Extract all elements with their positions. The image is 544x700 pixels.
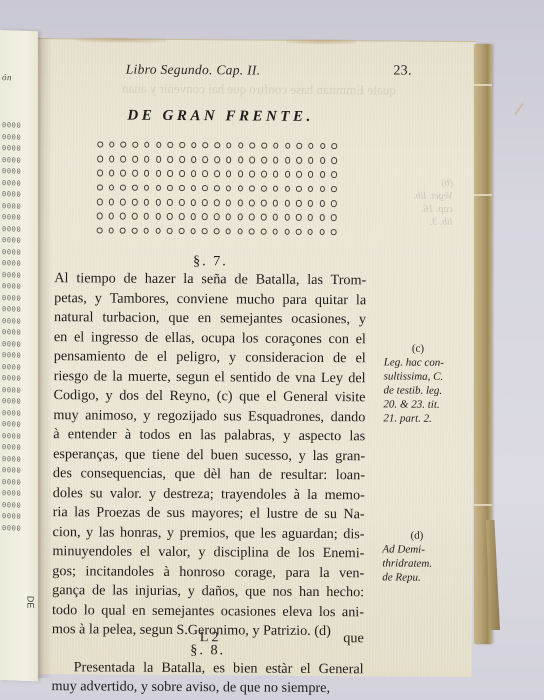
soldier-circle-icon bbox=[214, 199, 220, 206]
soldier-circle-icon bbox=[273, 143, 279, 150]
soldier-circle-icon bbox=[296, 143, 302, 150]
soldier-circle-icon bbox=[261, 200, 267, 207]
soldier-circle-icon bbox=[132, 184, 138, 191]
text-line: Codigo, y dos del Reyno, (c) que el Gene… bbox=[53, 386, 365, 408]
soldier-circle-icon bbox=[272, 228, 278, 235]
margin-note-c: (c) Leg. hac con-sultissima, C.de testib… bbox=[383, 341, 484, 426]
book-page: quale Emmitan hase conftro que hai conve… bbox=[32, 38, 476, 677]
text-line: muy advertido, y sobre aviso, de que no … bbox=[51, 677, 363, 699]
soldier-circle-icon bbox=[109, 170, 115, 177]
soldier-circle-icon bbox=[261, 214, 267, 221]
text-line: à entender à todos en las palabras, y as… bbox=[53, 425, 365, 447]
battle-formation-diagram bbox=[97, 137, 338, 239]
soldier-circle-icon bbox=[179, 213, 185, 220]
soldier-circle-icon bbox=[261, 157, 267, 164]
soldier-circle-icon bbox=[249, 157, 255, 164]
soldier-circle-icon bbox=[156, 170, 162, 177]
bleed-through-text: quale Emmitan hase conftro que hai conve… bbox=[66, 79, 396, 99]
foxing-stain bbox=[76, 37, 166, 43]
paragraph-8: Presentada la Batalla, es bien estàr el … bbox=[51, 658, 363, 699]
soldier-circle-icon bbox=[238, 171, 244, 178]
soldier-circle-icon bbox=[308, 171, 314, 178]
soldier-circle-icon bbox=[285, 143, 291, 150]
soldier-circle-icon bbox=[226, 185, 232, 192]
margin-note-ref: (d) bbox=[382, 528, 482, 543]
soldier-circle-icon bbox=[132, 170, 138, 177]
soldier-circle-icon bbox=[109, 184, 115, 191]
text-line: Presentada la Batalla, es bien estàr el … bbox=[52, 658, 364, 680]
soldier-circle-icon bbox=[237, 228, 243, 235]
running-head-title: Libro Segundo. Cap. II. bbox=[126, 62, 261, 78]
soldier-circle-icon bbox=[156, 185, 162, 192]
soldier-circle-icon bbox=[120, 184, 126, 191]
soldier-circle-icon bbox=[109, 141, 115, 148]
text-line: muy animoso, y regozijado sus Esquadrone… bbox=[53, 406, 365, 428]
soldier-circle-icon bbox=[144, 185, 150, 192]
soldier-circle-icon bbox=[144, 156, 150, 163]
soldier-circle-icon bbox=[319, 229, 325, 236]
soldier-circle-icon bbox=[319, 200, 325, 207]
soldier-circle-icon bbox=[109, 199, 115, 206]
left-page-formation-fragment: 0000 0000 0000 0000 0000 0000 0000 0000 … bbox=[2, 120, 36, 535]
soldier-circle-icon bbox=[97, 227, 103, 234]
soldier-circle-icon bbox=[214, 214, 220, 221]
section-mark-7: §. 7. bbox=[54, 251, 366, 271]
soldier-circle-icon bbox=[238, 142, 244, 149]
soldier-circle-icon bbox=[320, 171, 326, 178]
soldier-circle-icon bbox=[203, 156, 209, 163]
edge-crease bbox=[474, 194, 492, 196]
margin-note-line: de testib. leg. bbox=[383, 383, 483, 398]
left-page-number-fragment: DE bbox=[25, 596, 35, 609]
soldier-circle-icon bbox=[261, 228, 267, 235]
margin-note-line: 20. & 23. tit. bbox=[383, 397, 483, 412]
soldier-circle-icon bbox=[226, 171, 232, 178]
soldier-circle-icon bbox=[156, 142, 162, 149]
margin-note-line: thridratem. bbox=[382, 556, 482, 571]
margin-note-line: 21. part. 2. bbox=[383, 411, 483, 426]
soldier-circle-icon bbox=[97, 213, 103, 220]
soldier-circle-icon bbox=[191, 199, 197, 206]
soldier-circle-icon bbox=[155, 213, 161, 220]
soldier-circle-icon bbox=[285, 157, 291, 164]
soldier-circle-icon bbox=[308, 157, 314, 164]
soldier-circle-icon bbox=[179, 170, 185, 177]
soldier-circle-icon bbox=[226, 157, 232, 164]
soldier-circle-icon bbox=[97, 184, 103, 191]
soldier-circle-icon bbox=[120, 170, 126, 177]
soldier-circle-icon bbox=[226, 228, 232, 235]
soldier-circle-icon bbox=[273, 200, 279, 207]
soldier-circle-icon bbox=[202, 185, 208, 192]
soldier-circle-icon bbox=[285, 171, 291, 178]
margin-note-lines: Ad Demi-thridratem.de Repu. bbox=[382, 542, 482, 585]
text-line: en el ingresso de ellas, ocupa los coraç… bbox=[54, 328, 366, 350]
binding-thread bbox=[514, 103, 524, 116]
soldier-circle-icon bbox=[168, 142, 174, 149]
catchword: que bbox=[343, 630, 364, 647]
soldier-circle-icon bbox=[296, 157, 302, 164]
soldier-circle-icon bbox=[332, 157, 338, 164]
edge-crease bbox=[474, 504, 492, 506]
soldier-circle-icon bbox=[108, 227, 114, 234]
soldier-circle-icon bbox=[120, 227, 126, 234]
soldier-circle-icon bbox=[308, 200, 314, 207]
text-line: gos; incitandoles à honroso corage, para… bbox=[52, 562, 364, 584]
soldier-circle-icon bbox=[144, 213, 150, 220]
soldier-circle-icon bbox=[331, 200, 337, 207]
soldier-circle-icon bbox=[179, 228, 185, 235]
soldier-circle-icon bbox=[273, 171, 279, 178]
soldier-circle-icon bbox=[179, 199, 185, 206]
soldier-circle-icon bbox=[250, 142, 256, 149]
soldier-circle-icon bbox=[273, 214, 279, 221]
soldier-circle-icon bbox=[296, 200, 302, 207]
soldier-circle-icon bbox=[202, 228, 208, 235]
soldier-circle-icon bbox=[121, 141, 127, 148]
soldier-circle-icon bbox=[214, 142, 220, 149]
text-line: des consequencias, que dèl han de result… bbox=[53, 464, 365, 486]
soldier-circle-icon bbox=[167, 170, 173, 177]
soldier-circle-icon bbox=[238, 185, 244, 192]
soldier-circle-icon bbox=[249, 200, 255, 207]
soldier-circle-icon bbox=[237, 199, 243, 206]
soldier-circle-icon bbox=[97, 170, 103, 177]
soldier-circle-icon bbox=[179, 156, 185, 163]
soldier-circle-icon bbox=[120, 213, 126, 220]
soldier-circle-icon bbox=[191, 142, 197, 149]
soldier-circle-icon bbox=[296, 214, 302, 221]
soldier-circle-icon bbox=[203, 171, 209, 178]
text-line: riesgo de la muerte, segun el sentido de… bbox=[54, 367, 366, 389]
soldier-circle-icon bbox=[167, 185, 173, 192]
soldier-circle-icon bbox=[331, 186, 337, 193]
foxing-stain bbox=[286, 39, 356, 44]
soldier-circle-icon bbox=[226, 214, 232, 221]
soldier-circle-icon bbox=[308, 229, 314, 236]
left-facing-page: ón 0000 0000 0000 0000 0000 0000 0000 00… bbox=[0, 30, 38, 681]
soldier-circle-icon bbox=[179, 142, 185, 149]
running-head: Libro Segundo. Cap. II. 23. bbox=[126, 62, 406, 80]
left-page-header-fragment: ón bbox=[2, 72, 12, 82]
soldier-circle-icon bbox=[331, 214, 337, 221]
soldier-circle-icon bbox=[97, 156, 103, 163]
text-line: natural turbacion, que en semejantes oca… bbox=[54, 308, 366, 330]
text-line: minuyendoles el valor, y disciplina de l… bbox=[52, 542, 364, 564]
soldier-circle-icon bbox=[191, 156, 197, 163]
soldier-circle-icon bbox=[97, 199, 103, 206]
text-line: Al tiempo de hazer la seña de Batalla, l… bbox=[54, 269, 366, 291]
soldier-circle-icon bbox=[331, 172, 337, 179]
soldier-circle-icon bbox=[214, 185, 220, 192]
soldier-circle-icon bbox=[273, 185, 279, 192]
soldier-circle-icon bbox=[308, 214, 314, 221]
soldier-circle-icon bbox=[132, 213, 138, 220]
soldier-circle-icon bbox=[202, 199, 208, 206]
soldier-circle-icon bbox=[203, 142, 209, 149]
formation-row bbox=[97, 223, 337, 239]
soldier-circle-icon bbox=[296, 228, 302, 235]
soldier-circle-icon bbox=[132, 156, 138, 163]
text-line: ria las Proezas de sus mayores; el lustr… bbox=[53, 503, 365, 525]
soldier-circle-icon bbox=[296, 171, 302, 178]
soldier-circle-icon bbox=[320, 186, 326, 193]
soldier-circle-icon bbox=[190, 228, 196, 235]
soldier-circle-icon bbox=[179, 185, 185, 192]
text-line: doles su valor. y destreza; trayendoles … bbox=[53, 484, 365, 506]
paragraph-7: Al tiempo de hazer la seña de Batalla, l… bbox=[52, 269, 367, 642]
soldier-circle-icon bbox=[332, 143, 338, 150]
soldier-circle-icon bbox=[97, 141, 103, 148]
soldier-circle-icon bbox=[214, 156, 220, 163]
soldier-circle-icon bbox=[202, 214, 208, 221]
text-line: todo lo qual en semejantes ocasiones ele… bbox=[52, 601, 364, 623]
soldier-circle-icon bbox=[261, 142, 267, 149]
soldier-circle-icon bbox=[144, 199, 150, 206]
margin-note-d: (d) Ad Demi-thridratem.de Repu. bbox=[382, 528, 482, 585]
printer-signature: L 2 bbox=[200, 629, 219, 646]
soldier-circle-icon bbox=[167, 156, 173, 163]
text-line: gança de las injurias, y daños, que nos … bbox=[52, 581, 364, 603]
soldier-circle-icon bbox=[121, 156, 127, 163]
soldier-circle-icon bbox=[238, 157, 244, 164]
soldier-circle-icon bbox=[249, 171, 255, 178]
soldier-circle-icon bbox=[167, 199, 173, 206]
soldier-circle-icon bbox=[167, 228, 173, 235]
soldier-circle-icon bbox=[284, 228, 290, 235]
margin-note-lines: Leg. hac con-sultissima, C.de testib. le… bbox=[383, 355, 483, 426]
soldier-circle-icon bbox=[261, 171, 267, 178]
soldier-circle-icon bbox=[190, 213, 196, 220]
soldier-circle-icon bbox=[108, 213, 114, 220]
soldier-circle-icon bbox=[296, 186, 302, 193]
soldier-circle-icon bbox=[144, 227, 150, 234]
margin-note-line: sultissima, C. bbox=[384, 369, 484, 384]
soldier-circle-icon bbox=[284, 186, 290, 193]
soldier-circle-icon bbox=[308, 186, 314, 193]
soldier-circle-icon bbox=[214, 171, 220, 178]
soldier-circle-icon bbox=[191, 171, 197, 178]
soldier-circle-icon bbox=[284, 214, 290, 221]
soldier-circle-icon bbox=[319, 214, 325, 221]
margin-note-line: Leg. hac con- bbox=[384, 355, 484, 370]
soldier-circle-icon bbox=[249, 185, 255, 192]
soldier-circle-icon bbox=[144, 170, 150, 177]
margin-note-line: de Repu. bbox=[382, 570, 482, 585]
soldier-circle-icon bbox=[191, 185, 197, 192]
soldier-circle-icon bbox=[132, 142, 138, 149]
text-line: petas, y Tambores, conviene mucho para q… bbox=[54, 289, 366, 311]
soldier-circle-icon bbox=[284, 200, 290, 207]
soldier-circle-icon bbox=[214, 228, 220, 235]
soldier-circle-icon bbox=[237, 214, 243, 221]
soldier-circle-icon bbox=[261, 185, 267, 192]
soldier-circle-icon bbox=[249, 228, 255, 235]
page-number: 23. bbox=[393, 63, 412, 79]
soldier-circle-icon bbox=[273, 157, 279, 164]
margin-note-line: Ad Demi- bbox=[382, 542, 482, 557]
soldier-circle-icon bbox=[155, 228, 161, 235]
soldier-circle-icon bbox=[109, 156, 115, 163]
text-line: esperanças, que tiene del buen sucesso, … bbox=[53, 445, 365, 467]
text-line: pensamiento de el peligro, y consideraci… bbox=[54, 347, 366, 369]
soldier-circle-icon bbox=[120, 199, 126, 206]
soldier-circle-icon bbox=[249, 214, 255, 221]
soldier-circle-icon bbox=[226, 142, 232, 149]
bleed-through-margin-note: (b)Veget. lib.cap. 16.lib. 3. bbox=[373, 176, 453, 229]
soldier-circle-icon bbox=[132, 227, 138, 234]
section-title: DE GRAN FRENTE. bbox=[127, 108, 313, 126]
soldier-circle-icon bbox=[144, 142, 150, 149]
text-line: cion, y las honras, y premios, que les a… bbox=[52, 523, 364, 545]
soldier-circle-icon bbox=[308, 143, 314, 150]
margin-note-ref: (c) bbox=[384, 341, 484, 356]
soldier-circle-icon bbox=[226, 199, 232, 206]
soldier-circle-icon bbox=[331, 229, 337, 236]
soldier-circle-icon bbox=[320, 143, 326, 150]
soldier-circle-icon bbox=[167, 213, 173, 220]
soldier-circle-icon bbox=[156, 156, 162, 163]
soldier-circle-icon bbox=[132, 199, 138, 206]
soldier-circle-icon bbox=[320, 157, 326, 164]
edge-crease bbox=[474, 84, 492, 86]
soldier-circle-icon bbox=[155, 199, 161, 206]
